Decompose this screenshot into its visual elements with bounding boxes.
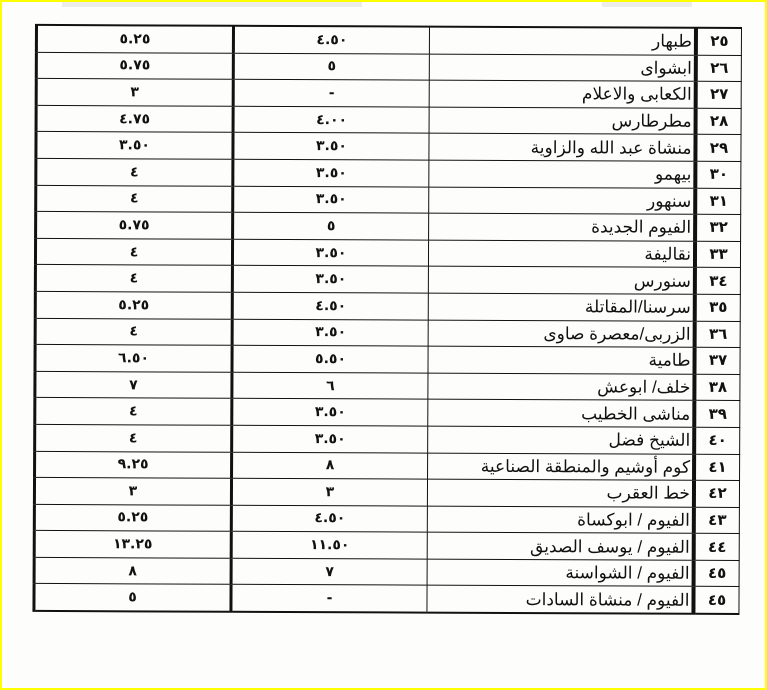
route-name-cell: سرسنا/المقاتلة bbox=[428, 293, 695, 321]
row-number-cell: ٣١ bbox=[695, 188, 741, 215]
table-row: ٤٤الفيوم / يوسف الصديق١١.٥٠١٣.٢٥ bbox=[34, 531, 739, 561]
row-number-cell: ٤٣ bbox=[694, 507, 740, 534]
row-number-cell: ٢٥ bbox=[696, 28, 742, 55]
row-number-cell: ٤٠ bbox=[694, 427, 740, 454]
value-2-cell: ٦.٥٠ bbox=[35, 345, 232, 372]
value-1-cell: - bbox=[231, 585, 427, 613]
value-2-cell: ٥.٧٥ bbox=[36, 52, 233, 79]
value-1-cell: ٣.٥٠ bbox=[232, 425, 428, 452]
value-2-cell: ٥.٢٥ bbox=[36, 25, 233, 53]
table-row: ٢٦ابشواى٥٥.٧٥ bbox=[36, 52, 741, 82]
route-name-cell: طبهار bbox=[429, 27, 696, 55]
value-1-cell: - bbox=[233, 79, 429, 106]
table-row: ٣٦الزربى/معصرة صاوى٣.٥٠٤ bbox=[35, 318, 740, 348]
route-name-cell: مطرطارس bbox=[429, 107, 696, 135]
value-2-cell: ٣.٥٠ bbox=[36, 132, 233, 159]
table-row: ٢٩منشاة عبد الله والزاوية٣.٥٠٣.٥٠ bbox=[36, 132, 741, 162]
route-name-cell: الكعابى والاعلام bbox=[429, 80, 696, 108]
value-1-cell: ٤.٥٠ bbox=[233, 26, 429, 54]
table-row: ٣٣نقاليفة٣.٥٠٤ bbox=[35, 238, 740, 268]
row-number-cell: ٣٨ bbox=[694, 374, 740, 401]
row-number-cell: ٢٦ bbox=[696, 55, 742, 82]
table-row: ٤٣الفيوم / ابوكساة٤.٥٠٥.٢٥ bbox=[34, 504, 739, 534]
value-2-cell: ٥ bbox=[34, 584, 231, 612]
route-name-cell: خلف/ ابوعش bbox=[428, 373, 695, 401]
row-number-cell: ٣٣ bbox=[695, 241, 741, 268]
value-2-cell: ٤ bbox=[35, 265, 232, 292]
row-number-cell: ٣٩ bbox=[694, 401, 740, 428]
value-1-cell: ٤.٠٠ bbox=[233, 106, 429, 133]
row-number-cell: ٤٢ bbox=[694, 480, 740, 507]
value-1-cell: ١١.٥٠ bbox=[231, 532, 427, 559]
value-2-cell: ٨ bbox=[34, 557, 231, 584]
value-2-cell: ٥.٢٥ bbox=[34, 504, 231, 531]
route-name-cell: الفيوم / يوسف الصديق bbox=[427, 532, 694, 560]
route-name-cell: سنهور bbox=[429, 187, 696, 215]
value-2-cell: ٤ bbox=[35, 318, 232, 345]
value-1-cell: ٣.٥٠ bbox=[232, 319, 428, 346]
row-number-cell: ٣٥ bbox=[695, 294, 741, 321]
fare-table: ٢٥طبهار٤.٥٠٥.٢٥٢٦ابشواى٥٥.٧٥٢٧الكعابى وا… bbox=[32, 24, 742, 615]
value-1-cell: ٣.٥٠ bbox=[233, 186, 429, 213]
table-row: ٣٧طامية٥.٥٠٦.٥٠ bbox=[35, 345, 740, 375]
route-name-cell: الفيوم الجديدة bbox=[429, 213, 696, 241]
row-number-cell: ٤٥ bbox=[693, 587, 739, 614]
value-1-cell: ٤.٥٠ bbox=[232, 292, 428, 319]
value-2-cell: ٤ bbox=[35, 238, 232, 265]
value-2-cell: ٤.٧٥ bbox=[36, 105, 233, 132]
route-name-cell: مناشى الخطيب bbox=[428, 399, 695, 427]
value-2-cell: ٣ bbox=[34, 478, 231, 505]
route-name-cell: خط العقرب bbox=[427, 479, 694, 507]
value-1-cell: ٣.٥٠ bbox=[233, 159, 429, 186]
route-name-cell: طامية bbox=[428, 346, 695, 374]
table-row: ٢٧الكعابى والاعلام-٣ bbox=[36, 79, 741, 109]
route-name-cell: منشاة عبد الله والزاوية bbox=[429, 134, 696, 162]
value-2-cell: ٥.٢٥ bbox=[35, 291, 232, 318]
route-name-cell: الفيوم / ابوكساة bbox=[427, 506, 694, 534]
value-1-cell: ٤.٥٠ bbox=[231, 505, 427, 532]
value-2-cell: ٣ bbox=[36, 79, 233, 106]
value-1-cell: ٦ bbox=[232, 372, 428, 399]
table-row: ٤٥الفيوم / الشواسنة٧٨ bbox=[34, 557, 739, 587]
value-2-cell: ٧ bbox=[35, 371, 232, 398]
value-1-cell: ٥ bbox=[233, 212, 429, 239]
bleed-through-text bbox=[602, 2, 692, 7]
value-2-cell: ٥.٧٥ bbox=[36, 212, 233, 239]
row-number-cell: ٣٤ bbox=[695, 268, 741, 295]
route-name-cell: نقاليفة bbox=[428, 240, 695, 268]
value-2-cell: ٤ bbox=[35, 398, 232, 425]
value-1-cell: ٣.٥٠ bbox=[232, 239, 428, 266]
value-1-cell: ٣.٥٠ bbox=[232, 266, 428, 293]
route-name-cell: الشيخ فضل bbox=[428, 426, 695, 454]
scanned-page: ٢٥طبهار٤.٥٠٥.٢٥٢٦ابشواى٥٥.٧٥٢٧الكعابى وا… bbox=[2, 2, 765, 688]
table-row: ٣٨خلف/ ابوعش٦٧ bbox=[35, 371, 740, 401]
route-name-cell: الزربى/معصرة صاوى bbox=[428, 320, 695, 348]
row-number-cell: ٣٠ bbox=[695, 161, 741, 188]
table-row: ٤١كوم أوشيم والمنطقة الصناعية٨٩.٢٥ bbox=[35, 451, 740, 481]
table-row: ٣٩مناشى الخطيب٣.٥٠٤ bbox=[35, 398, 740, 428]
value-1-cell: ٣ bbox=[231, 478, 427, 505]
row-number-cell: ٢٨ bbox=[696, 108, 742, 135]
value-1-cell: ٣.٥٠ bbox=[233, 133, 429, 160]
table-row: ٢٨مطرطارس٤.٠٠٤.٧٥ bbox=[36, 105, 741, 135]
route-name-cell: ابشواى bbox=[429, 54, 696, 82]
table-row: ٣٢الفيوم الجديدة٥٥.٧٥ bbox=[36, 212, 741, 242]
value-1-cell: ٥ bbox=[233, 53, 429, 80]
table-row: ٤٠الشيخ فضل٣.٥٠٤ bbox=[35, 424, 740, 454]
value-1-cell: ٣.٥٠ bbox=[232, 399, 428, 426]
row-number-cell: ٣٧ bbox=[694, 347, 740, 374]
row-number-cell: ٣٦ bbox=[695, 321, 741, 348]
route-name-cell: الفيوم / الشواسنة bbox=[427, 559, 694, 587]
row-number-cell: ٤١ bbox=[694, 454, 740, 481]
route-name-cell: كوم أوشيم والمنطقة الصناعية bbox=[428, 453, 695, 481]
table-row: ٣٤سنورس٣.٥٠٤ bbox=[35, 265, 740, 295]
row-number-cell: ٤٥ bbox=[694, 560, 740, 587]
route-name-cell: سنورس bbox=[428, 266, 695, 294]
bleed-through-text bbox=[62, 2, 362, 7]
table-row: ٣٠بيهمو٣.٥٠٤ bbox=[36, 158, 741, 188]
table-row: ٢٥طبهار٤.٥٠٥.٢٥ bbox=[36, 25, 741, 55]
route-name-cell: الفيوم / منشاة السادات bbox=[427, 586, 694, 614]
value-2-cell: ٤ bbox=[35, 424, 232, 451]
table-row: ٤٥الفيوم / منشاة السادات-٥ bbox=[34, 584, 739, 614]
row-number-cell: ٣٢ bbox=[695, 214, 741, 241]
row-number-cell: ٢٧ bbox=[696, 81, 742, 108]
value-2-cell: ٩.٢٥ bbox=[35, 451, 232, 478]
value-2-cell: ١٣.٢٥ bbox=[34, 531, 231, 558]
value-1-cell: ٧ bbox=[231, 558, 427, 585]
row-number-cell: ٢٩ bbox=[695, 135, 741, 162]
table-row: ٣٥سرسنا/المقاتلة٤.٥٠٥.٢٥ bbox=[35, 291, 740, 321]
value-1-cell: ٨ bbox=[232, 452, 428, 479]
value-2-cell: ٤ bbox=[36, 158, 233, 185]
row-number-cell: ٤٤ bbox=[694, 534, 740, 561]
route-name-cell: بيهمو bbox=[429, 160, 696, 188]
table-row: ٣١سنهور٣.٥٠٤ bbox=[36, 185, 741, 215]
value-2-cell: ٤ bbox=[36, 185, 233, 212]
table-row: ٤٢خط العقرب٣٣ bbox=[34, 478, 739, 508]
value-1-cell: ٥.٥٠ bbox=[232, 345, 428, 372]
